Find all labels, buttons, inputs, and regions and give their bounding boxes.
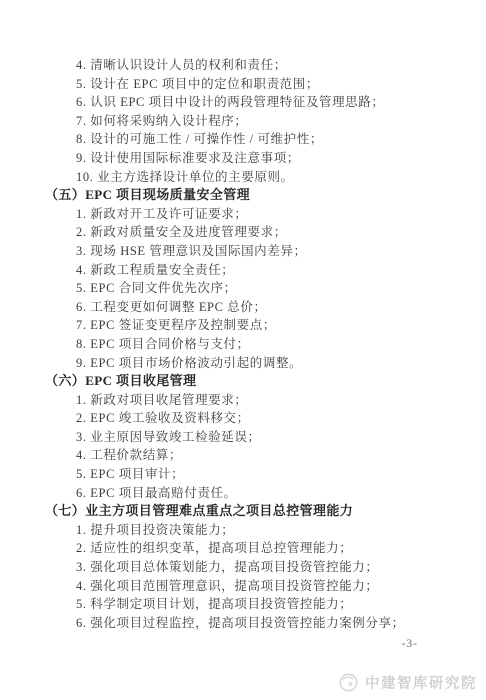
outline-item: 1. 新政对开工及许可证要求； <box>0 205 486 224</box>
outline-item: 6. EPC 项目最高赔付责任。 <box>0 484 486 503</box>
outline-item: 6. 强化项目过程监控，提高项目投资管控能力案例分享； <box>0 614 486 633</box>
outline-item: 3. 强化项目总体策划能力，提高项目投资管控能力； <box>0 558 486 577</box>
outline-item: 7. EPC 签证变更程序及控制要点； <box>0 316 486 335</box>
outline-item: 9. 设计使用国际标准要求及注意事项； <box>0 149 486 168</box>
footer-watermark: 中建智库研究院 <box>338 672 477 693</box>
outline-item: 3. 现场 HSE 管理意识及国际国内差异； <box>0 242 486 261</box>
outline-item: 3. 业主原因导致竣工检验延误； <box>0 428 486 447</box>
document-page: 4. 清晰认识设计人员的权利和责任； 5. 设计在 EPC 项目中的定位和职责范… <box>0 0 486 700</box>
outline-item: 4. 工程价款结算； <box>0 446 486 465</box>
outline-item: 7. 如何将采购纳入设计程序； <box>0 112 486 131</box>
section-heading-7: （七）业主方项目管理难点重点之项目总控管理能力 <box>0 502 486 521</box>
page-number: -3- <box>402 638 418 650</box>
outline-item: 6. 认识 EPC 项目中设计的两段管理特征及管理思路； <box>0 93 486 112</box>
outline-item: 2. 适应性的组织变革，提高项目总控管理能力； <box>0 539 486 558</box>
section-heading-6: （六）EPC 项目收尾管理 <box>0 372 486 391</box>
outline-item: 4. 新政工程质量安全责任； <box>0 261 486 280</box>
outline-item: 1. 新政对项目收尾管理要求； <box>0 391 486 410</box>
outline-item: 10. 业主方选择设计单位的主要原则。 <box>0 168 486 187</box>
outline-item: 5. EPC 合同文件优先次序； <box>0 279 486 298</box>
outline-item: 9. EPC 项目市场价格波动引起的调整。 <box>0 354 486 373</box>
outline-item: 8. 设计的可施工性 / 可操作性 / 可维护性； <box>0 130 486 149</box>
circle-emblem-icon <box>338 672 359 693</box>
outline-item: 5. EPC 项目审计； <box>0 465 486 484</box>
outline-list: 4. 清晰认识设计人员的权利和责任； 5. 设计在 EPC 项目中的定位和职责范… <box>0 56 486 632</box>
outline-item: 2. 新政对质量安全及进度管理要求； <box>0 223 486 242</box>
outline-item: 4. 强化项目范围管理意识，提高项目投资管控能力； <box>0 577 486 596</box>
outline-item: 4. 清晰认识设计人员的权利和责任； <box>0 56 486 75</box>
outline-item: 5. 设计在 EPC 项目中的定位和职责范围； <box>0 75 486 94</box>
outline-item: 1. 提升项目投资决策能力； <box>0 521 486 540</box>
brand-name: 中建智库研究院 <box>365 672 477 693</box>
outline-item: 6. 工程变更如何调整 EPC 总价； <box>0 298 486 317</box>
section-heading-5: （五）EPC 项目现场质量安全管理 <box>0 186 486 205</box>
outline-item: 8. EPC 项目合同价格与支付； <box>0 335 486 354</box>
outline-item: 5. 科学制定项目计划，提高项目投资管控能力； <box>0 595 486 614</box>
outline-item: 2. EPC 竣工验收及资料移交； <box>0 409 486 428</box>
